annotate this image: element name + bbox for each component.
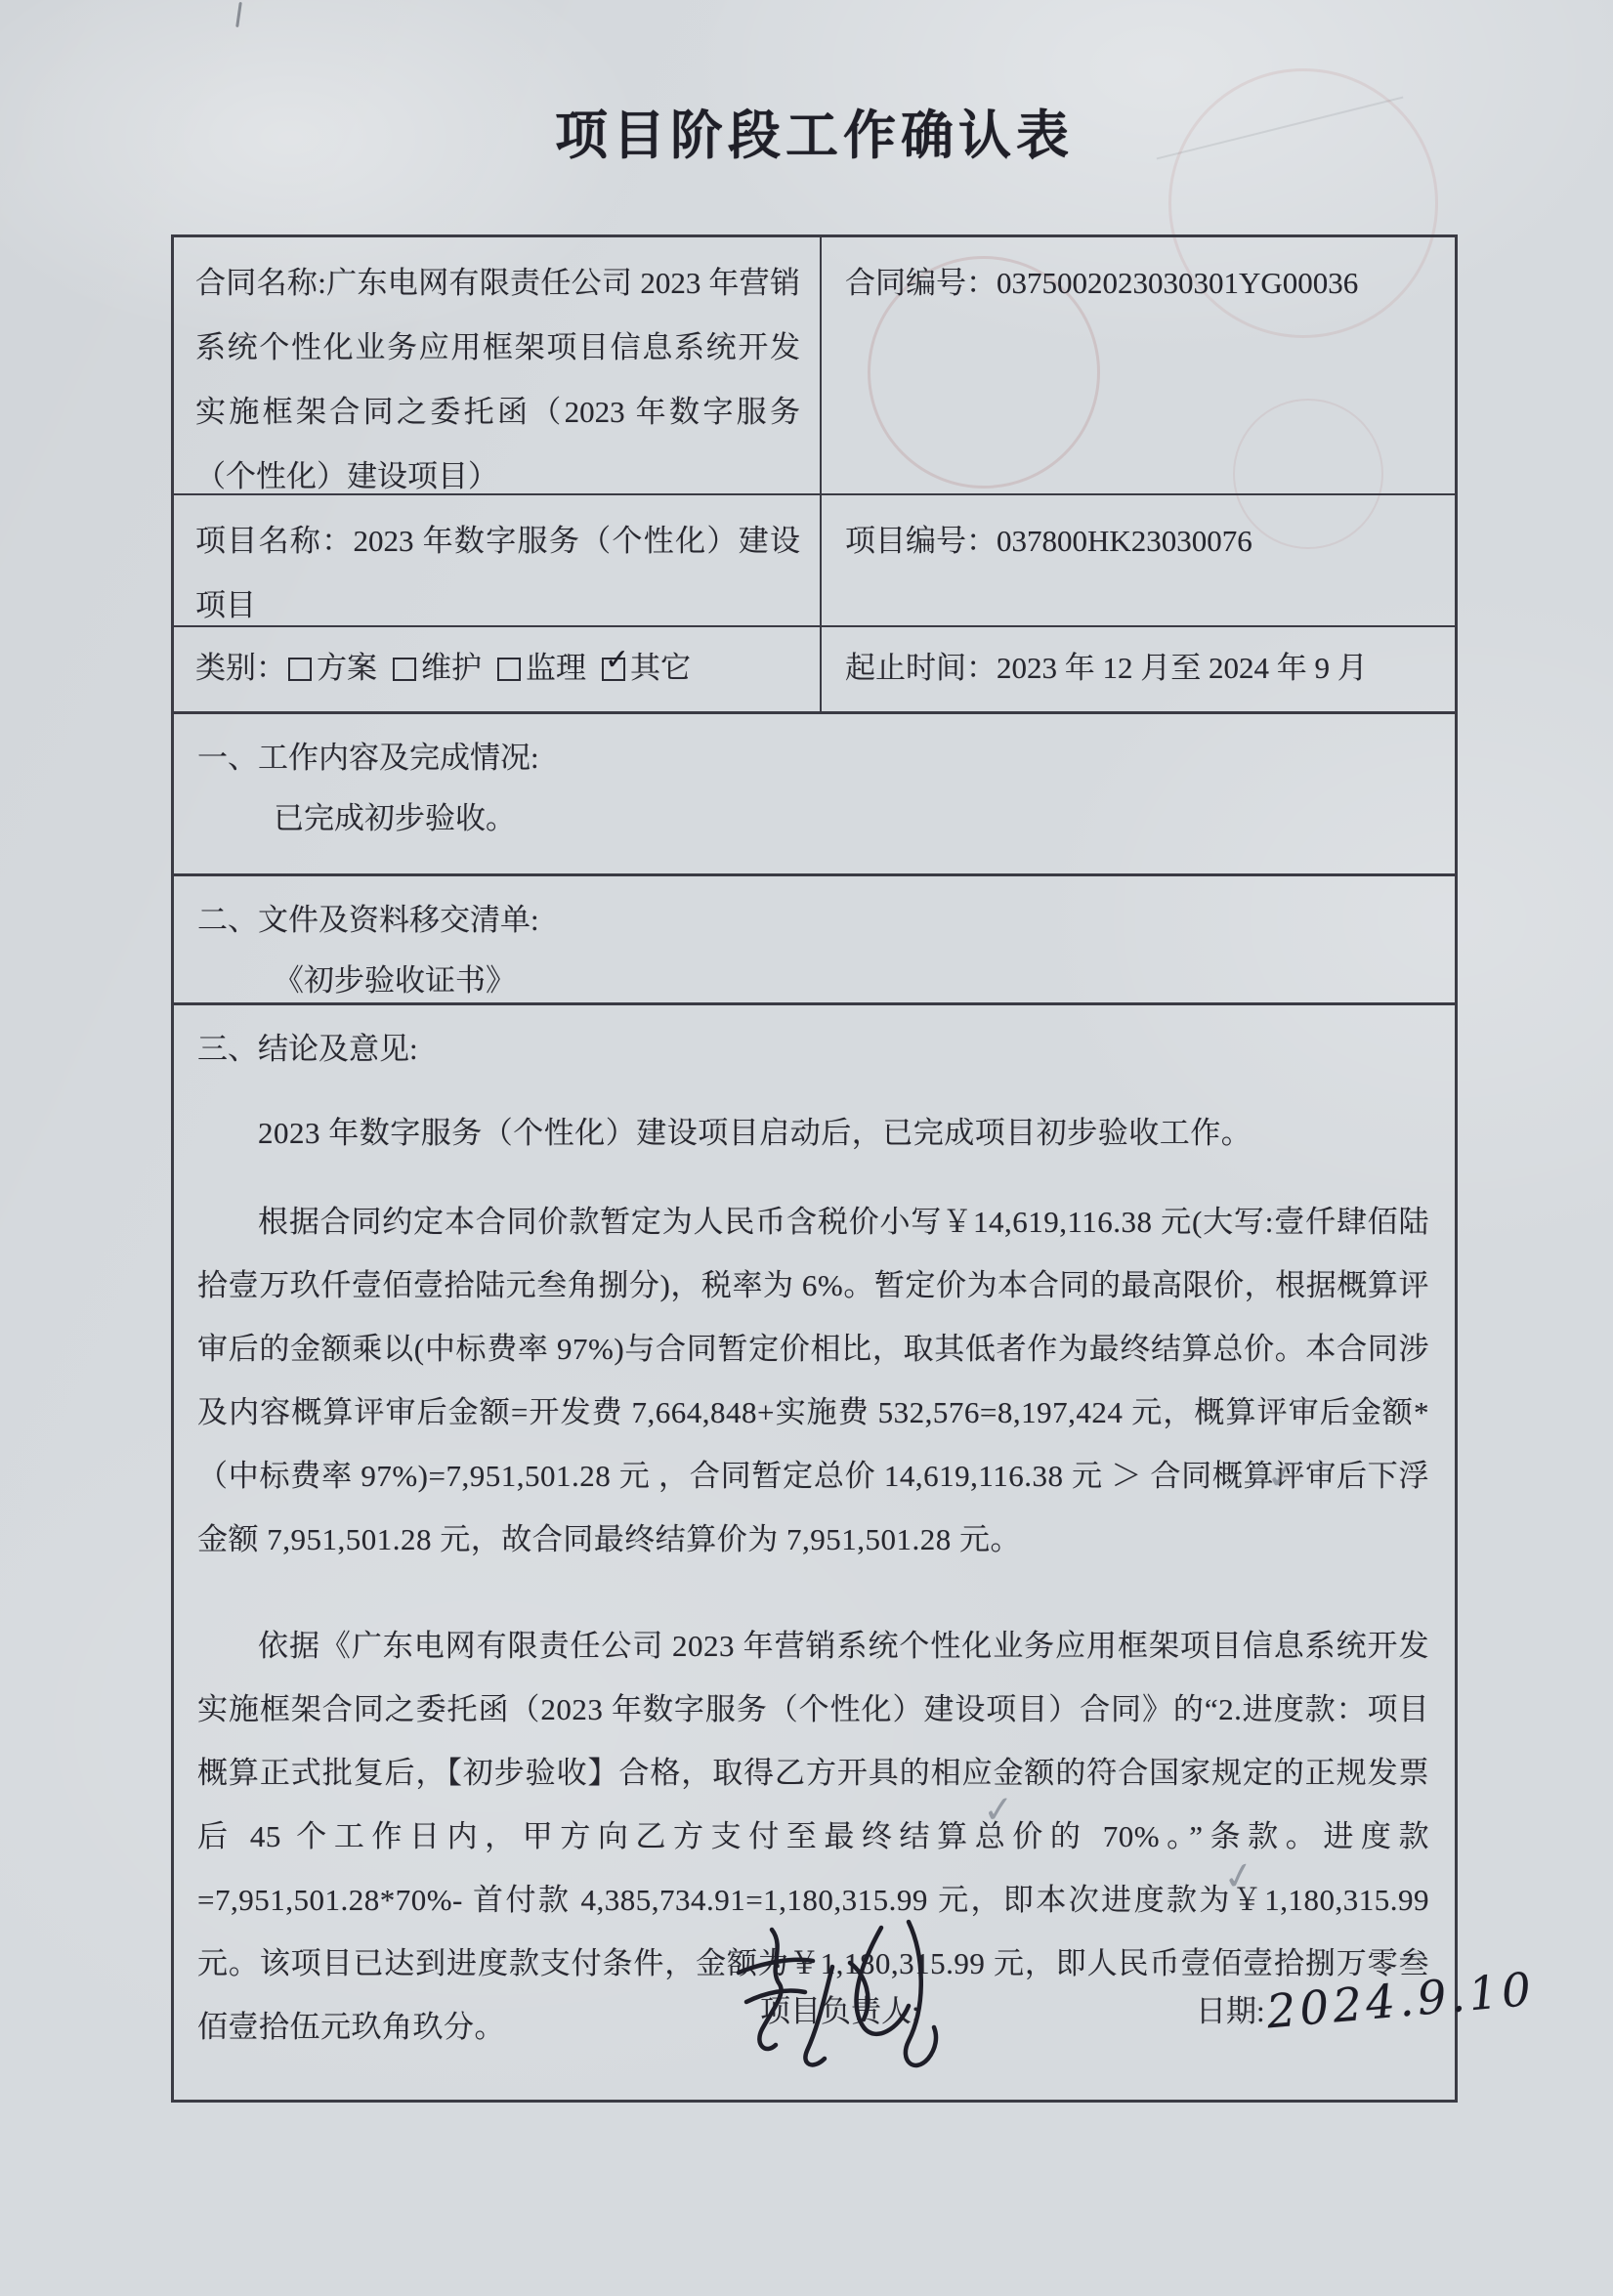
checkbox-box: ✓ [497,658,521,681]
table-row: 项目名称：2023 年数字服务（个性化）建设项目 项目编号：037800HK23… [174,493,1455,625]
section3-title: 三、结论及意见: [197,1019,1429,1080]
checkbox-maintenance-label: 维护 [421,651,482,685]
project-no-label: 项目编号： [845,524,997,558]
section1-body: 已完成初步验收。 [197,788,1429,849]
category-cell: 类别：✓方案✓维护✓监理✓其它 [174,627,822,711]
checkbox-supervision-label: 监理 [526,651,586,685]
table-row: 类别：✓方案✓维护✓监理✓其它 起止时间：2023 年 12 月至 2024 年… [174,625,1455,711]
pencil-check-mark: ✓ [982,1787,1016,1832]
checkbox-maintenance: ✓维护 [393,641,482,696]
duration-cell: 起止时间：2023 年 12 月至 2024 年 9 月 [822,627,1455,711]
checkbox-box: ✓ [602,658,625,681]
section3-cell: 三、结论及意见: 2023 年数字服务（个性化）建设项目启动后，已完成项目初步验… [174,1005,1455,2100]
section3-paragraph: 根据合同约定本合同价款暂定为人民币含税价小写￥14,619,116.38 元(大… [197,1190,1429,1571]
checkbox-supervision: ✓监理 [497,641,586,696]
section2-title: 二、文件及资料移交清单: [197,890,1429,951]
project-no-value: 037800HK23030076 [997,524,1252,558]
table-row: 三、结论及意见: 2023 年数字服务（个性化）建设项目启动后，已完成项目初步验… [174,1002,1455,2100]
duration-value: 2023 年 12 月至 2024 年 9 月 [997,651,1368,685]
checkbox-plan: ✓方案 [288,641,377,696]
project-no-cell: 项目编号：037800HK23030076 [822,495,1455,625]
duration-label: 起止时间： [845,651,997,685]
table-row: 一、工作内容及完成情况: 已完成初步验收。 [174,711,1455,873]
table-row: 二、文件及资料移交清单: 《初步验收证书》 [174,873,1455,1002]
section3-paragraph: 2023 年数字服务（个性化）建设项目启动后，已完成项目初步验收工作。 [197,1101,1429,1165]
category-label: 类别： [195,651,286,685]
contract-name-label: 合同名称: [195,266,326,300]
contract-no-cell: 合同编号：0375002023030301YG00036 [822,237,1455,493]
checkbox-plan-label: 方案 [317,651,377,685]
contract-no-value: 0375002023030301YG00036 [997,266,1358,300]
section1-title: 一、工作内容及完成情况: [197,728,1429,788]
section2-cell: 二、文件及资料移交清单: 《初步验收证书》 [174,876,1455,1002]
date-label: 日期: [1196,1982,1265,2041]
checkbox-other-label: 其它 [630,651,691,685]
contract-no-label: 合同编号： [845,266,997,300]
pencil-check-mark: ✓ [1263,1452,1300,1499]
checkbox-box: ✓ [393,658,416,681]
confirmation-form-table: 合同名称:广东电网有限责任公司 2023 年营销系统个性化业务应用框架项目信息系… [171,234,1458,2103]
checkbox-other: ✓其它 [602,641,691,696]
check-mark-icon: ✓ [605,646,629,675]
table-row: 合同名称:广东电网有限责任公司 2023 年营销系统个性化业务应用框架项目信息系… [174,237,1455,493]
contract-name-cell: 合同名称:广东电网有限责任公司 2023 年营销系统个性化业务应用框架项目信息系… [174,237,822,493]
signature-handwriting [717,1912,971,2098]
section1-cell: 一、工作内容及完成情况: 已完成初步验收。 [174,714,1455,873]
project-name-label: 项目名称： [195,524,354,558]
checkbox-box: ✓ [288,658,312,681]
project-name-cell: 项目名称：2023 年数字服务（个性化）建设项目 [174,495,822,625]
page-title: 项目阶段工作确认表 [171,94,1458,169]
